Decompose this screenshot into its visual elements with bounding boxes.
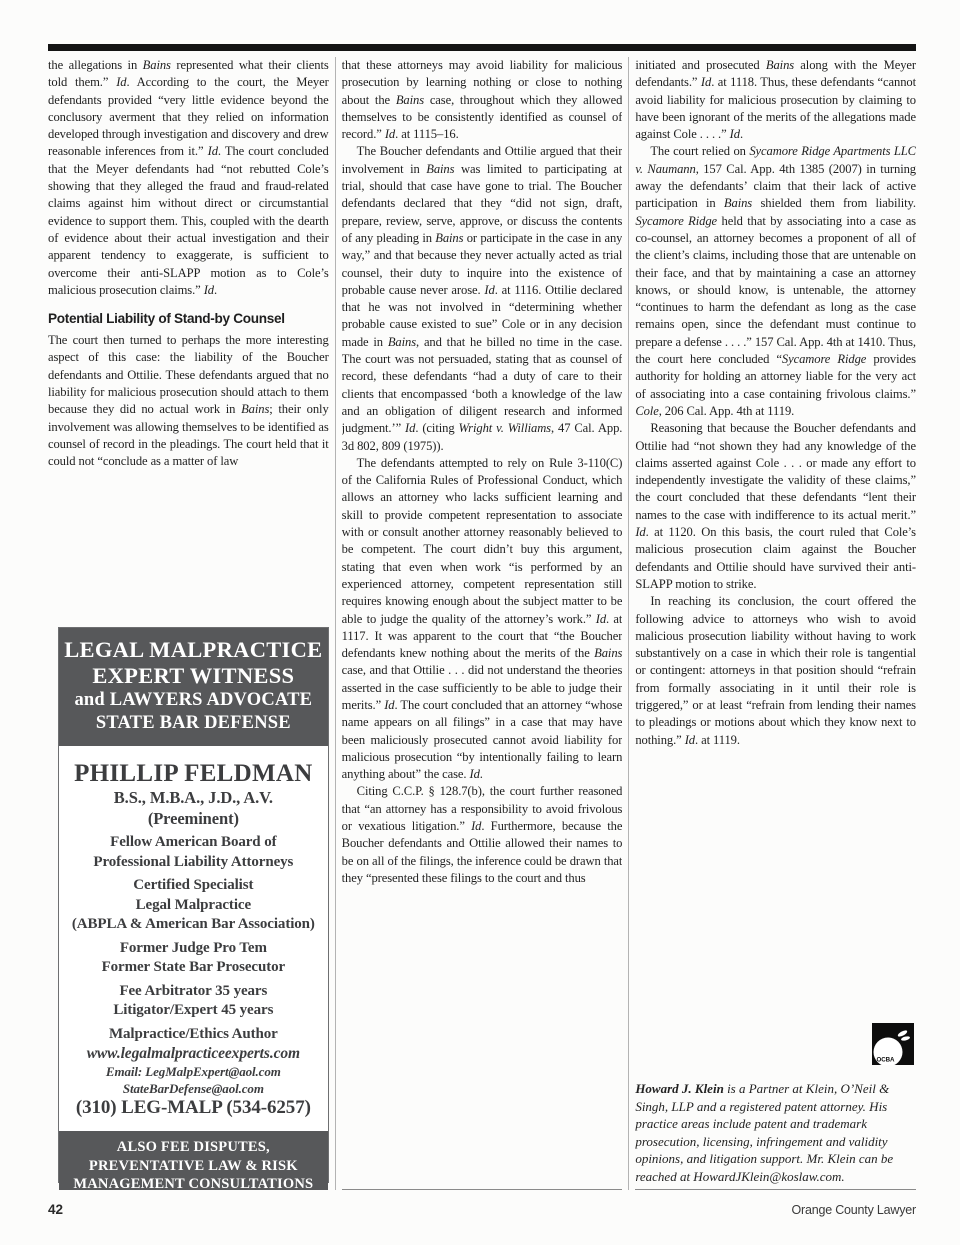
ad-text-line: Legal Malpractice	[63, 896, 324, 916]
ad-footer-line: PREVENTATIVE LAW & RISK	[61, 1157, 326, 1176]
paragraph: The defendants attempted to rely on Rule…	[342, 455, 623, 784]
ad-contact-group: Malpractice/Ethics Author www.legalmalpr…	[63, 1025, 324, 1120]
ocba-logo-icon: OCBA	[872, 1023, 914, 1065]
paragraph: Citing C.C.P. § 128.7(b), the court furt…	[342, 783, 623, 887]
ad-phone-number: (310) LEG-MALP (534-6257)	[63, 1097, 324, 1119]
end-of-article-logo-row: OCBA	[635, 1023, 916, 1070]
ad-text-line: Former State Bar Prosecutor	[63, 958, 324, 978]
paragraph: The court then turned to perhaps the mor…	[48, 332, 329, 470]
ad-text-line: Former Judge Pro Tem	[63, 939, 324, 959]
paragraph: the allegations in Bains represented wha…	[48, 57, 329, 299]
page-footer: 42 Orange County Lawyer	[48, 1202, 916, 1217]
advertiser-identity: PHILLIP FELDMAN B.S., M.B.A., J.D., A.V.…	[63, 760, 324, 829]
ad-header-line: STATE BAR DEFENSE	[61, 712, 326, 735]
ad-former-roles-group: Former Judge Pro Tem Former State Bar Pr…	[63, 939, 324, 978]
ad-text-line: Fee Arbitrator 35 years	[63, 982, 324, 1002]
ad-footer-line: ALSO FEE DISPUTES,	[61, 1138, 326, 1157]
ocba-logo-text: OCBA	[876, 1056, 894, 1063]
column-divider	[628, 57, 629, 1190]
column-1-text: the allegations in Bains represented wha…	[48, 57, 329, 627]
paragraph: The Boucher defendants and Ottilie argue…	[342, 143, 623, 454]
author-bio: Howard J. Klein is a Partner at Klein, O…	[635, 1080, 916, 1189]
advertisement-legal-malpractice: LEGAL MALPRACTICE EXPERT WITNESS and LAW…	[58, 627, 329, 1183]
ad-text-line: Certified Specialist	[63, 876, 324, 896]
paragraph: initiated and prosecuted Bains along wit…	[635, 57, 916, 143]
article-column-3: initiated and prosecuted Bains along wit…	[635, 57, 916, 1190]
ad-fellow-group: Fellow American Board of Professional Li…	[63, 833, 324, 872]
ad-text-line: Fellow American Board of	[63, 833, 324, 853]
article-column-2: that these attorneys may avoid liability…	[342, 57, 623, 1190]
advertiser-rating: (Preeminent)	[63, 808, 324, 829]
paragraph: In reaching its conclusion, the court of…	[635, 593, 916, 749]
ad-header-line: EXPERT WITNESS	[61, 663, 326, 689]
ad-text-line: Professional Liability Attorneys	[63, 853, 324, 873]
paragraph: Reasoning that because the Boucher defen…	[635, 420, 916, 593]
ad-body: PHILLIP FELDMAN B.S., M.B.A., J.D., A.V.…	[59, 746, 328, 1131]
ad-text-line: Litigator/Expert 45 years	[63, 1001, 324, 1021]
ad-author-line: Malpractice/Ethics Author	[63, 1025, 324, 1045]
top-page-rule	[48, 44, 916, 51]
magazine-name: Orange County Lawyer	[791, 1203, 916, 1217]
ad-email: StateBarDefense@aol.com	[63, 1080, 324, 1097]
section-heading: Potential Liability of Stand-by Counsel	[48, 311, 329, 327]
ad-website: www.legalmalpracticeexperts.com	[63, 1044, 324, 1063]
ad-email: Email: LegMalpExpert@aol.com	[63, 1063, 324, 1080]
ad-header-line: LEGAL MALPRACTICE	[61, 637, 326, 663]
paragraph: The court relied on Sycamore Ridge Apart…	[635, 143, 916, 420]
paragraph: that these attorneys may avoid liability…	[342, 57, 623, 143]
article-columns: the allegations in Bains represented wha…	[48, 57, 916, 1190]
column-divider	[335, 57, 336, 1190]
ad-text-line: (ABPLA & American Bar Association)	[63, 915, 324, 935]
ad-header-line: and LAWYERS ADVOCATE	[61, 689, 326, 712]
ad-footer-banner: ALSO FEE DISPUTES, PREVENTATIVE LAW & RI…	[59, 1131, 328, 1190]
ad-certified-group: Certified Specialist Legal Malpractice (…	[63, 876, 324, 935]
ad-experience-group: Fee Arbitrator 35 years Litigator/Expert…	[63, 982, 324, 1021]
article-column-1: the allegations in Bains represented wha…	[48, 57, 329, 1190]
ad-header-banner: LEGAL MALPRACTICE EXPERT WITNESS and LAW…	[59, 628, 328, 746]
advertiser-name: PHILLIP FELDMAN	[63, 760, 324, 787]
page-number: 42	[48, 1202, 63, 1217]
advertiser-credentials: B.S., M.B.A., J.D., A.V.	[63, 787, 324, 808]
ad-footer-line: MANAGEMENT CONSULTATIONS	[61, 1175, 326, 1190]
